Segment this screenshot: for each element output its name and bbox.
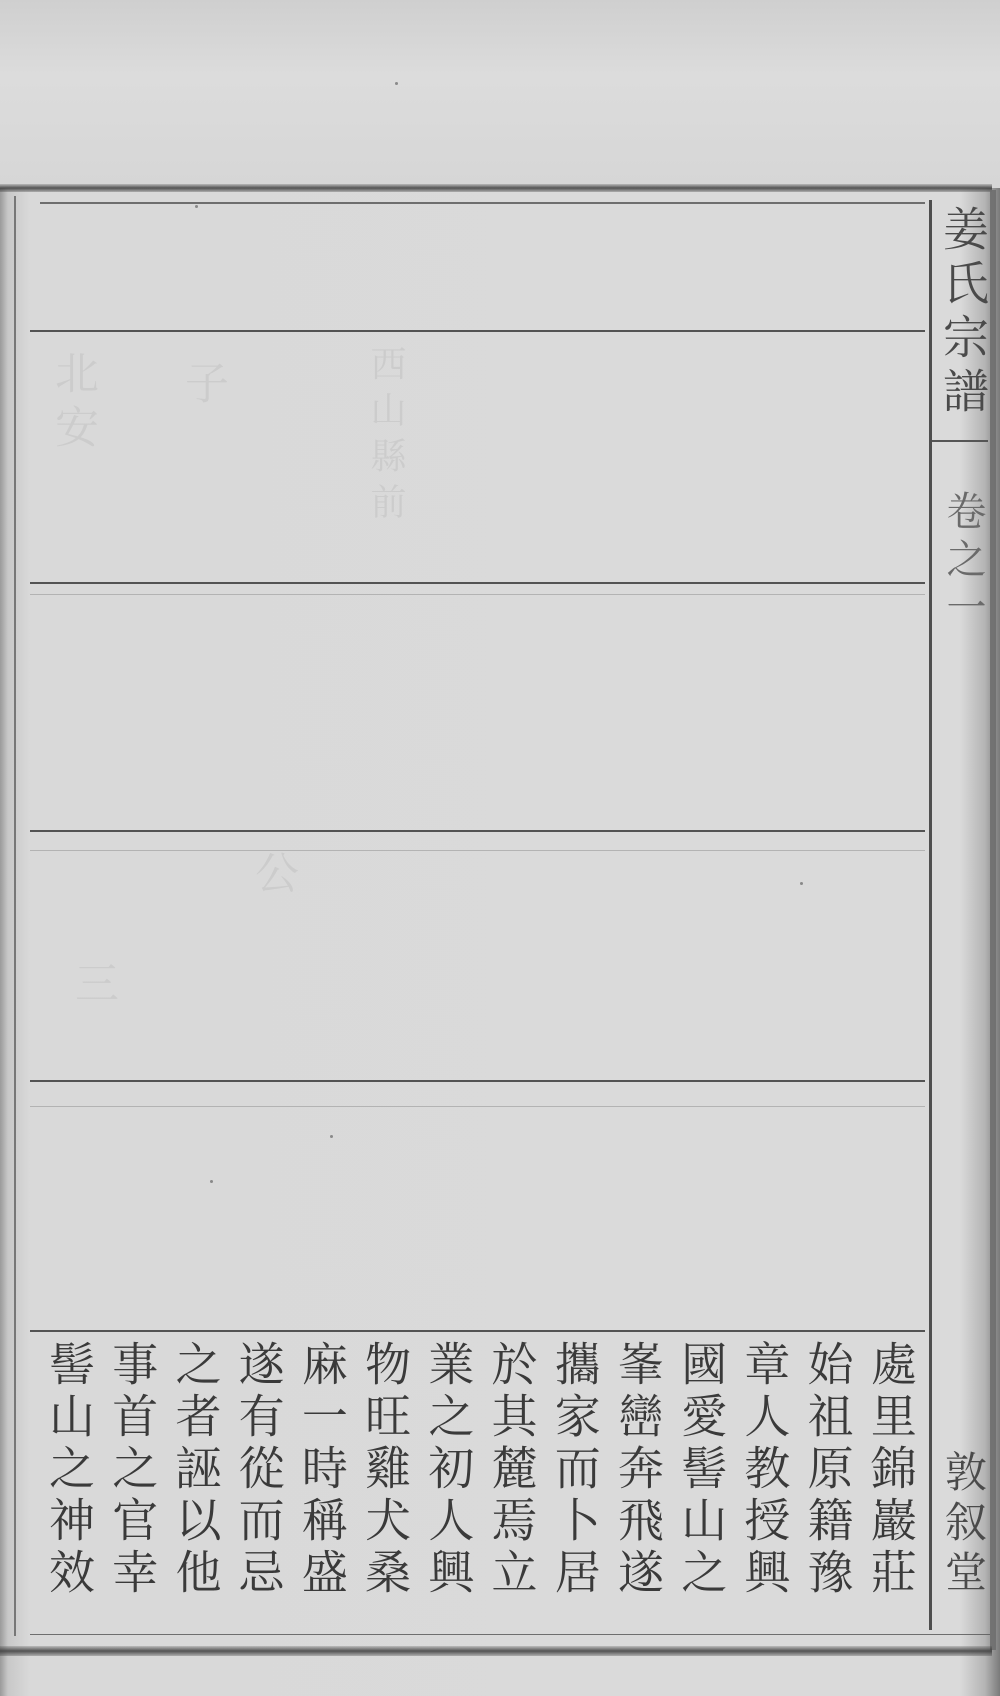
text-column: 攜家而卜居 <box>546 1340 604 1620</box>
volume-label: 卷之一 <box>938 490 988 634</box>
fishtail-divider <box>932 440 988 442</box>
text-column: 事首之官幸 <box>103 1340 161 1620</box>
bottom-border-thick <box>0 1646 992 1656</box>
hall-name: 敦叙堂 <box>938 1450 988 1600</box>
text-column: 峯巒奔飛遂 <box>609 1340 667 1620</box>
text-column: 之者誣以他 <box>166 1340 224 1620</box>
body-text: 處里錦巖莊 始祖原籍豫 章人教授興 國愛髻山之 峯巒奔飛遂 攜家而卜居 於其麓焉… <box>40 1340 920 1620</box>
text-column: 處里錦巖莊 <box>862 1340 920 1620</box>
text-column: 於其麓焉立 <box>483 1340 541 1620</box>
band-divider-2 <box>30 582 925 584</box>
band-divider-4 <box>30 1080 925 1082</box>
bleedthrough-text: 三 <box>60 960 124 1014</box>
text-column: 遂有從而忌 <box>230 1340 288 1620</box>
left-frame-line <box>14 196 16 1636</box>
text-column: 國愛髻山之 <box>672 1340 730 1620</box>
text-column: 麻一時稱盛 <box>293 1340 351 1620</box>
bleedthrough-text: 西山縣前 <box>360 345 411 529</box>
binding-edge <box>990 190 996 1650</box>
bleedthrough-text: 子 <box>170 360 234 414</box>
right-frame-line <box>929 200 932 1630</box>
text-column: 始祖原籍豫 <box>799 1340 857 1620</box>
band-divider-5 <box>30 1330 925 1332</box>
text-column: 章人教授興 <box>735 1340 793 1620</box>
band-divider-3-shadow <box>30 850 925 851</box>
paper-speck <box>800 882 803 885</box>
top-border-thick <box>0 184 992 192</box>
paper-speck <box>195 205 198 208</box>
paper-speck <box>395 82 398 85</box>
paper-speck <box>330 1135 333 1138</box>
top-blank-margin <box>0 0 1000 188</box>
bleedthrough-text: 公 <box>240 850 304 904</box>
bottom-border-thin <box>30 1634 990 1635</box>
band-divider-1 <box>30 330 925 332</box>
book-title: 姜氏宗譜 <box>938 205 988 421</box>
bleedthrough-text: 北安 <box>40 350 104 458</box>
scanned-page: 北安 子 西山縣前 公 三 姜氏宗譜 卷之一 敦叙堂 處里錦巖莊 始祖原籍豫 章… <box>0 0 1000 1696</box>
paper-speck <box>210 1180 213 1183</box>
top-border-thin <box>40 202 925 204</box>
text-column: 物旺雞犬桑 <box>356 1340 414 1620</box>
text-column: 髻山之神效 <box>40 1340 98 1620</box>
band-divider-4-shadow <box>30 1106 925 1107</box>
text-column: 業之初人興 <box>419 1340 477 1620</box>
band-divider-3 <box>30 830 925 832</box>
band-divider-2-shadow <box>30 594 925 595</box>
